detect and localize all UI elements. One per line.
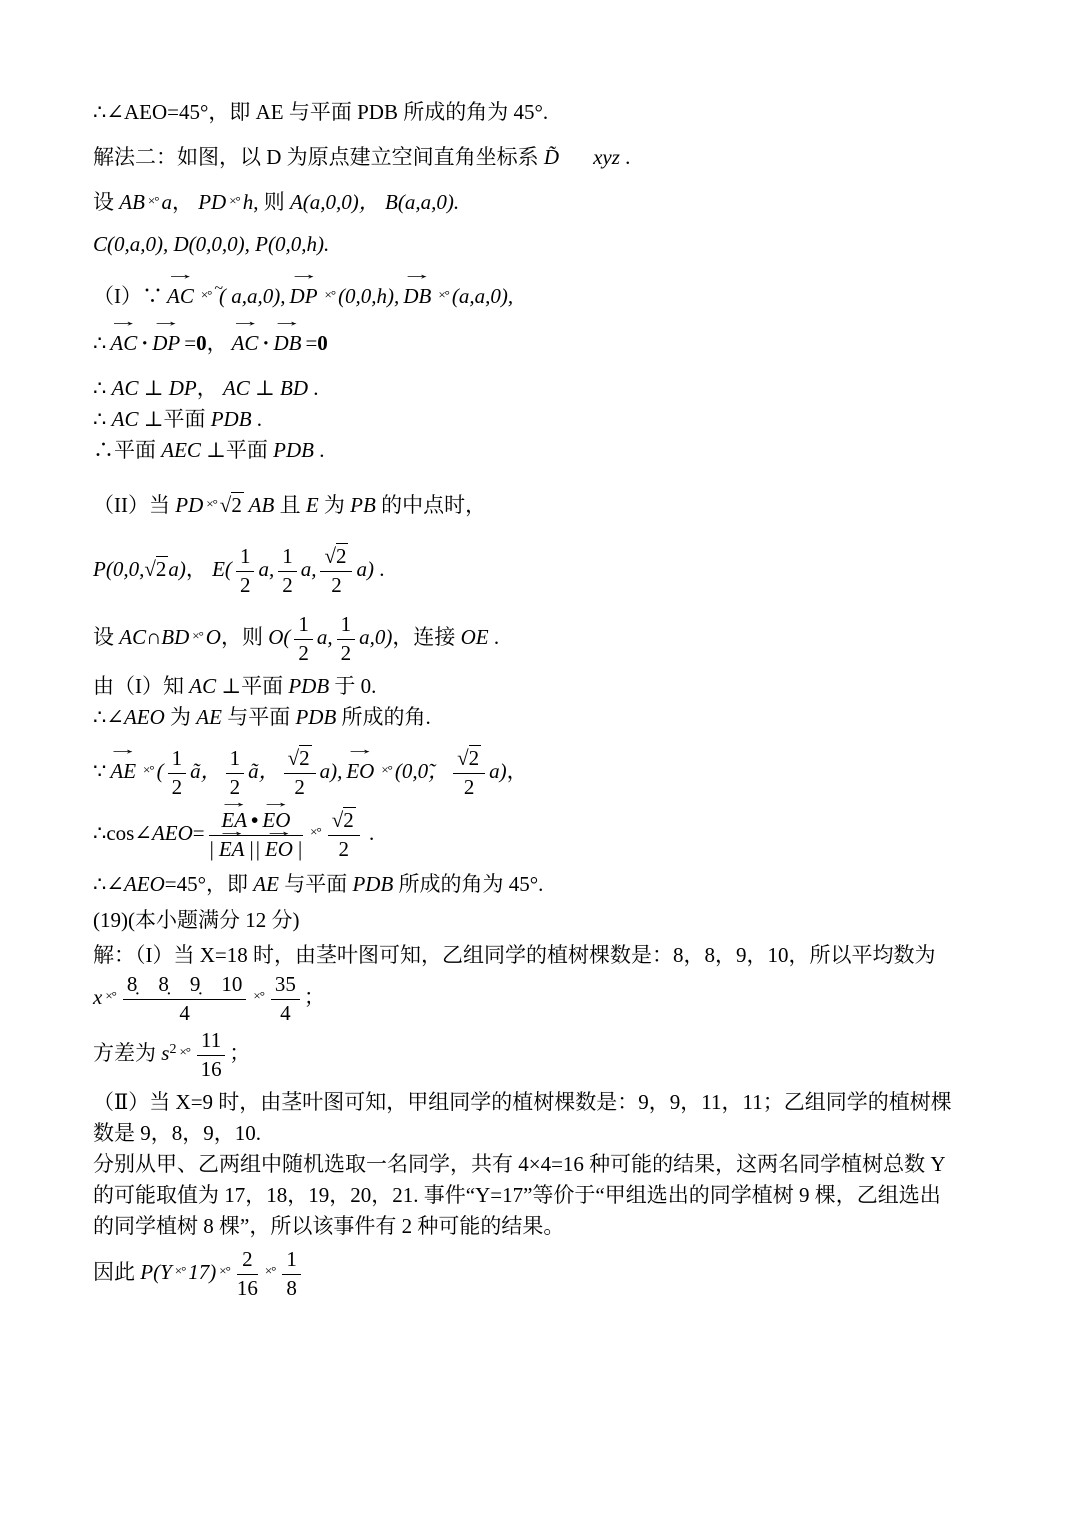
- line-07-perpendicular: ∴ AC ⊥ DP， AC ⊥ BD .: [93, 373, 999, 404]
- text-run: ∴∠: [93, 705, 124, 729]
- vector-arrow-icon: →: [137, 315, 196, 330]
- line-05-vectors: （I）∵→AC×°~( a,a,0),→DP×°(0,0,h),→DB×°(a,…: [93, 273, 999, 312]
- vector-arrow-icon: →: [388, 268, 447, 283]
- text-run: ∩: [146, 625, 161, 649]
- math-run: BD: [161, 625, 189, 649]
- denominator: 2: [168, 774, 187, 800]
- corrupted-equals-glyph: ×°: [381, 762, 392, 777]
- vector-label: DP: [290, 284, 318, 308]
- line-17-conclusion: ∴∠AEO=45°，即 AE 与平面 PDB 所成的角为 45°.: [93, 869, 999, 900]
- text-run: 分别从甲、乙两组中随机选取一名同学，共有 4×4=16 种可能的结果，这两名同学…: [93, 1152, 946, 1176]
- math-run: OE: [461, 625, 489, 649]
- vector-AC: →AC: [232, 328, 259, 359]
- text-run: 解法二：如图，以 D 为原点建立空间直角坐标系: [93, 145, 544, 169]
- numerator: √2: [284, 747, 316, 774]
- math-run: E(: [212, 557, 232, 581]
- fraction-sqrt2-over-2: √22: [284, 747, 316, 799]
- text-run: 设: [93, 190, 119, 214]
- cos-fraction: →EA•→EO|→EA||→EO|: [209, 809, 304, 861]
- fraction-sum-over-4: 8̣ 8̣ 9̣ 104: [123, 973, 247, 1025]
- denominator: 4: [123, 1000, 247, 1026]
- math-run: AE: [196, 705, 222, 729]
- text-run: 为: [319, 493, 351, 517]
- fraction-one-half: 12: [168, 747, 187, 799]
- fraction-sqrt2-over-2: √22: [328, 809, 360, 861]
- text-run: ，: [207, 331, 228, 355]
- fraction-1-over-8: 18: [282, 1248, 301, 1300]
- math-run: a,: [301, 557, 317, 581]
- radical-sign: √: [288, 746, 300, 770]
- denominator: 4: [271, 1000, 300, 1026]
- sqrt: √2: [332, 807, 356, 832]
- text-run: (19)(本小题满分 12 分): [93, 908, 299, 932]
- numerator: √2: [453, 747, 485, 774]
- math-run: a): [489, 759, 507, 783]
- superscript: 2: [169, 1042, 176, 1057]
- denominator: 2: [337, 640, 356, 666]
- fraction-sqrt2-over-2: √22: [320, 545, 352, 597]
- vector-label: AC: [232, 331, 259, 355]
- text-run: .: [308, 376, 319, 400]
- text-run: .: [374, 557, 385, 581]
- text-run: ⊥平面: [216, 674, 288, 698]
- radicand: 2: [343, 807, 356, 832]
- fraction-11-over-16: 1116: [197, 1029, 225, 1081]
- numerator: √2: [320, 545, 352, 572]
- radicand: 2: [156, 556, 169, 581]
- math-run: (: [157, 759, 164, 783]
- line-16-cosine: ∴cos∠AEO=→EA•→EO|→EA||→EO|×°√22 .: [93, 809, 999, 861]
- math-run: xyz: [593, 145, 620, 169]
- denominator: 2: [320, 572, 352, 598]
- line-20-mean-formula: x×°8̣ 8̣ 9̣ 104×°354；: [93, 973, 999, 1025]
- vector-EO: →EO: [346, 756, 374, 787]
- text-run: 所成的角为 45°.: [393, 872, 543, 896]
- vector-AC: →AC: [110, 328, 137, 359]
- corrupted-equals-glyph: ×°: [265, 1263, 276, 1278]
- line-08-perpendicular-plane: ∴ AC ⊥平面 PDB .: [93, 404, 999, 435]
- math-run: AEO: [124, 705, 165, 729]
- math-run: a,0): [359, 625, 392, 649]
- vector-label: DP: [152, 331, 180, 355]
- sqrt: √2: [324, 543, 348, 568]
- denominator: 2: [294, 640, 313, 666]
- vector-label: DB: [403, 284, 431, 308]
- corrupted-equals-glyph: ×°: [253, 988, 264, 1003]
- math-run: 0: [196, 331, 207, 355]
- vector-label: EA: [219, 837, 245, 861]
- math-run: PDB: [288, 674, 329, 698]
- text-run: ，: [172, 190, 198, 214]
- denominator: 2: [453, 774, 485, 800]
- vector-AE: →AE: [110, 756, 136, 787]
- text-run: （I）∵: [93, 284, 163, 308]
- vector-label: AC: [167, 284, 194, 308]
- abs-bar: |: [209, 837, 215, 861]
- math-run: a): [356, 557, 374, 581]
- radicand: 2: [231, 492, 244, 517]
- math-run: O: [206, 625, 221, 649]
- text-run: 为: [165, 705, 197, 729]
- numerator: 35: [271, 973, 300, 1000]
- text-run: ，: [197, 376, 223, 400]
- math-run: AEC: [161, 438, 201, 462]
- math-run: AC ⊥ BD: [223, 376, 308, 400]
- vector-EA: →EA: [219, 838, 245, 862]
- math-run: (0,0,h),: [338, 284, 399, 308]
- vector-arrow-icon: →: [331, 743, 390, 758]
- vector-arrow-icon: →: [274, 268, 333, 283]
- fraction-one-half: 12: [278, 545, 297, 597]
- vector-label: AE: [110, 759, 136, 783]
- text-run: ∴平面: [93, 438, 161, 462]
- math-run: AE: [253, 872, 279, 896]
- vector-DB: →DB: [273, 328, 301, 359]
- fraction-one-half: 12: [236, 545, 255, 597]
- vector-DB: →DB: [403, 281, 431, 312]
- abs-bar: |: [249, 837, 255, 861]
- corrupted-equals-glyph: ×°: [105, 988, 116, 1003]
- math-run: ã，: [248, 759, 280, 783]
- line-19-solution-part1: 解：（I）当 X=18 时，由茎叶图可知，乙组同学的植树棵数是：8，8，9，10…: [93, 940, 999, 971]
- corrupted-equals-glyph: ×°: [325, 287, 336, 302]
- math-run: PDB: [295, 705, 336, 729]
- math-run: AC: [189, 674, 216, 698]
- text-run: （II）当: [93, 493, 175, 517]
- line-09-planes-perpendicular: ∴平面 AEC ⊥平面 PDB .: [93, 435, 999, 466]
- math-run: AEO: [152, 821, 193, 845]
- text-run: ∴: [93, 407, 112, 431]
- line-02-method2: 解法二：如图，以 D 为原点建立空间直角坐标系 D̃xyz .: [93, 142, 999, 173]
- text-run: 方差为: [93, 1041, 161, 1065]
- text-run: 的中点时，: [376, 493, 486, 517]
- numerator: 1: [226, 747, 245, 774]
- line-11-point-coords: P(0,0,√2a)， E(12a,12a,√22a) .: [93, 545, 999, 597]
- vector-label: EO: [265, 837, 293, 861]
- text-run: ∵: [93, 759, 106, 783]
- math-run: a,: [317, 625, 333, 649]
- line-26-part2-text: 的同学植树 8 棵”，所以该事件有 2 种可能的结果。: [93, 1211, 999, 1242]
- text-run: ；: [229, 1041, 250, 1065]
- text-run: ⊥平面: [201, 438, 273, 462]
- line-22-part2-text: （Ⅱ）当 X=9 时，由茎叶图可知，甲组同学的植树棵数是：9，9，11，11；乙…: [93, 1087, 999, 1118]
- line-23-part2-text: 数是 9，8，9，10.: [93, 1118, 999, 1149]
- math-run: a,: [258, 557, 274, 581]
- text-run: ∴: [93, 376, 112, 400]
- text-run: 数是 9，8，9，10.: [93, 1121, 261, 1145]
- dot-operator: ·: [262, 331, 269, 355]
- corrupted-equals-glyph: ×°: [192, 628, 203, 643]
- numerator: 1: [168, 747, 187, 774]
- text-run: （Ⅱ）当 X=9 时，由茎叶图可知，甲组同学的植树棵数是：9，9，11，11；乙…: [93, 1090, 952, 1114]
- fraction-one-half: 12: [294, 613, 313, 665]
- math-run: O(: [268, 625, 290, 649]
- abs-bar: |: [255, 837, 261, 861]
- text-run: 于 0.: [329, 674, 376, 698]
- denominator: 16: [237, 1275, 258, 1301]
- math-run: AB: [119, 190, 145, 214]
- math-run: (0,0̃，: [395, 759, 449, 783]
- math-run: AB: [244, 493, 275, 517]
- text-run: .: [364, 821, 375, 845]
- numerator: 8̣ 8̣ 9̣ 10: [123, 973, 247, 1000]
- fraction-2-over-16: 216: [237, 1248, 258, 1300]
- text-run: , 则: [253, 190, 290, 214]
- corrupted-equals-glyph: ×°: [229, 193, 240, 208]
- math-run: P(0,0,: [93, 557, 144, 581]
- math-run: AC: [112, 407, 139, 431]
- math-run: a),: [320, 759, 343, 783]
- numerator: 1: [337, 613, 356, 640]
- text-run: ∴∠: [93, 872, 124, 896]
- line-04-coords: C(0,a,0), D(0,0,0), P(0,0,h).: [93, 229, 999, 260]
- text-run: ，: [186, 557, 212, 581]
- numerator: 2: [237, 1248, 258, 1275]
- numerator: 1: [278, 545, 297, 572]
- numerator: 1: [282, 1248, 301, 1275]
- math-run: AC: [119, 625, 146, 649]
- text-run: 的可能取值为 17，18，19，20，21. 事件“Y=17”等价于“甲组选出的…: [93, 1183, 941, 1207]
- radicand: 2: [469, 745, 482, 770]
- vector-label: EO: [346, 759, 374, 783]
- sqrt: √2: [144, 556, 168, 581]
- line-21-variance: 方差为 s2×°1116；: [93, 1029, 999, 1081]
- vector-label: AC: [110, 331, 137, 355]
- vector-DP: →DP: [152, 328, 180, 359]
- math-run: 0: [317, 331, 328, 355]
- corrupted-equals-glyph: ×°: [143, 762, 154, 777]
- line-01-conclusion: ∴∠AEO=45°，即 AE 与平面 PDB 所成的角为 45°.: [93, 97, 999, 128]
- radical-sign: √: [324, 544, 336, 568]
- fraction-35-over-4: 354: [271, 973, 300, 1025]
- line-25-part2-text: 的可能取值为 17，18，19，20，21. 事件“Y=17”等价于“甲组选出的…: [93, 1180, 999, 1211]
- text-run: 的同学植树 8 棵”，所以该事件有 2 种可能的结果。: [93, 1214, 564, 1238]
- vector-arrow-icon: →: [96, 743, 150, 758]
- denominator: 2: [278, 572, 297, 598]
- sqrt: √2: [457, 745, 481, 770]
- corrupted-equals-glyph: ×°: [310, 824, 321, 839]
- numerator: 1: [236, 545, 255, 572]
- denominator: 16: [197, 1056, 225, 1082]
- radical-sign: √: [457, 746, 469, 770]
- radical-sign: √: [144, 557, 156, 581]
- line-12-intersection: 设 AC∩BD×°O，则 O(12a,12a,0)，连接 OE .: [93, 613, 999, 665]
- text-run: 设: [93, 625, 119, 649]
- numerator: 1: [294, 613, 313, 640]
- text-run: 与平面: [222, 705, 296, 729]
- denominator: |→EA||→EO|: [209, 836, 304, 862]
- radical-sign: √: [220, 493, 232, 517]
- sqrt: √2: [220, 492, 244, 517]
- vector-label: DB: [273, 331, 301, 355]
- line-14-angle-def: ∴∠AEO 为 AE 与平面 PDB 所成的角.: [93, 702, 999, 733]
- vector-arrow-icon: →: [250, 825, 309, 840]
- fraction-sqrt2-over-2: √22: [453, 747, 485, 799]
- line-13-from-part1: 由（I）知 AC ⊥平面 PDB 于 0.: [93, 671, 999, 702]
- denominator: 2: [328, 836, 360, 862]
- document-page: ∴∠AEO=45°，即 AE 与平面 PDB 所成的角为 45°. 解法二：如图…: [0, 0, 1087, 1536]
- abs-bar: |: [297, 837, 303, 861]
- math-run: PDB: [352, 872, 393, 896]
- math-run: 17): [188, 1260, 216, 1284]
- text-run: 由（I）知: [93, 674, 189, 698]
- math-run: D̃: [544, 145, 559, 169]
- text-run: ，连接: [392, 625, 460, 649]
- line-06-dot-products: ∴→AC·→DP=0，→AC·→DB=0: [93, 328, 999, 359]
- math-run: a): [168, 557, 186, 581]
- text-run: 且: [274, 493, 306, 517]
- math-run: PDB: [273, 438, 314, 462]
- math-run: h: [243, 190, 254, 214]
- math-run: A(a,0,0)， B(a,a,0).: [290, 190, 459, 214]
- line-03-setup: 设 AB×°a， PD×°h, 则 A(a,0,0)， B(a,a,0).: [93, 185, 999, 218]
- text-run: ⊥平面: [138, 407, 210, 431]
- line-27-probability: 因此 P(Y×°17)×°216×°18: [93, 1248, 999, 1300]
- sqrt: √2: [288, 745, 312, 770]
- math-run: a: [161, 190, 172, 214]
- text-run: ，: [507, 759, 528, 783]
- corrupted-equals-glyph: ×°: [219, 1263, 230, 1278]
- line-18-problem-19-header: (19)(本小题满分 12 分): [93, 905, 999, 936]
- math-run: PD: [198, 190, 226, 214]
- math-run: C(0,a,0), D(0,0,0), P(0,0,h).: [93, 232, 329, 256]
- text-run: 所成的角.: [336, 705, 431, 729]
- text-run: =: [184, 331, 196, 355]
- text-run: ，则: [221, 625, 268, 649]
- line-10-part2-condition: （II）当 PD×°√2 AB 且 E 为 PB 的中点时，: [93, 488, 999, 521]
- text-run: .: [620, 145, 631, 169]
- text-run: .: [314, 438, 325, 462]
- fraction-one-half: 12: [226, 747, 245, 799]
- math-run: ( a,a,0),: [219, 284, 286, 308]
- radicand: 2: [299, 745, 312, 770]
- text-run: ∴cos∠: [93, 821, 152, 845]
- math-run: AC ⊥ DP: [112, 376, 197, 400]
- math-run: (a,a,0),: [452, 284, 513, 308]
- text-run: 解：（I）当 X=18 时，由茎叶图可知，乙组同学的植树棵数是：8，8，9，10…: [93, 943, 936, 967]
- text-run: =: [305, 331, 317, 355]
- corrupted-equals-glyph: ×°: [438, 287, 449, 302]
- text-run: ；: [304, 985, 325, 1009]
- text-run: =: [193, 821, 205, 845]
- text-run: 因此: [93, 1260, 140, 1284]
- line-15-vector-components: ∵→AE×°(12ã，12ã，√22a),→EO×°(0,0̃，√22a)，: [93, 747, 999, 799]
- text-run: .: [252, 407, 263, 431]
- text-run: =45°，即: [165, 872, 254, 896]
- math-run: ã，: [190, 759, 222, 783]
- corrupted-equals-glyph: ×°: [175, 1263, 186, 1278]
- corrupted-equals-glyph: ×°: [179, 1044, 190, 1059]
- dot-operator: ·: [141, 331, 148, 355]
- math-run: E: [306, 493, 319, 517]
- vector-arrow-icon: →: [247, 796, 306, 811]
- corrupted-equals-glyph: ×°: [148, 193, 159, 208]
- text-run: .: [489, 625, 500, 649]
- corrupted-equals-glyph: ×°: [201, 287, 212, 302]
- denominator: 8: [282, 1275, 301, 1301]
- vector-EO: →EO: [265, 838, 293, 862]
- denominator: 2: [236, 572, 255, 598]
- text-run: 与平面: [279, 872, 353, 896]
- numerator: √2: [328, 809, 360, 836]
- math-run: PDB: [211, 407, 252, 431]
- fraction-one-half: 12: [337, 613, 356, 665]
- vector-arrow-icon: →: [152, 268, 208, 283]
- corrupted-equals-glyph: ×°: [206, 496, 217, 511]
- text-run: ∴∠AEO=45°，即 AE 与平面 PDB 所成的角为 45°.: [93, 100, 548, 124]
- text-run: ∴: [93, 331, 106, 355]
- math-run: PB: [350, 493, 376, 517]
- radicand: 2: [336, 543, 349, 568]
- math-run: P(Y: [140, 1260, 172, 1284]
- math-run: PD: [175, 493, 203, 517]
- vector-AC: →AC: [167, 281, 194, 312]
- numerator: 11: [197, 1029, 225, 1056]
- math-run: AEO: [124, 872, 165, 896]
- radical-sign: √: [332, 808, 344, 832]
- line-24-part2-text: 分别从甲、乙两组中随机选取一名同学，共有 4×4=16 种可能的结果，这两名同学…: [93, 1149, 999, 1180]
- vector-arrow-icon: →: [258, 315, 317, 330]
- vector-DP: →DP: [290, 281, 318, 312]
- math-run: x: [93, 985, 102, 1009]
